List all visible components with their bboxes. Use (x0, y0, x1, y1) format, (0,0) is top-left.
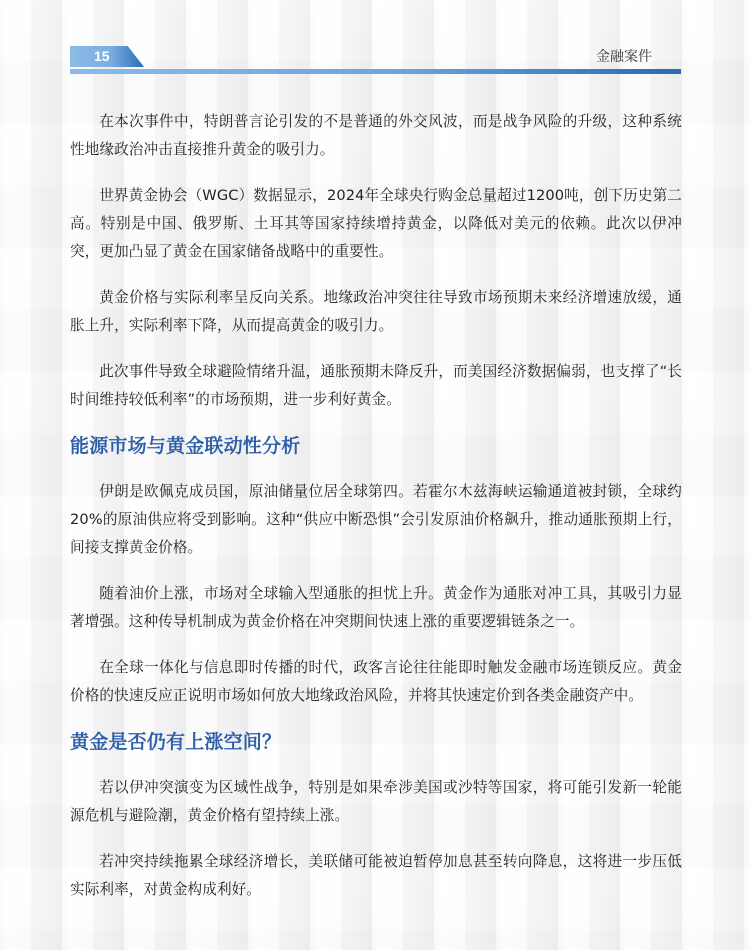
paragraph: 黄金价格与实际利率呈反向关系。地缘政治冲突往往导致市场预期未来经济增速放缓，通胀… (70, 284, 682, 340)
section-heading-outlook: 黄金是否仍有上涨空间？ (70, 728, 682, 756)
page-number: 15 (94, 48, 110, 64)
section-heading-energy: 能源市场与黄金联动性分析 (70, 432, 682, 460)
paragraph: 世界黄金协会（WGC）数据显示，2024年全球央行购金总量超过1200吨，创下历… (70, 182, 682, 266)
paragraph: 若以伊冲突演变为区域性战争，特别是如果牵涉美国或沙特等国家，将可能引发新一轮能源… (70, 774, 682, 830)
paragraph: 随着油价上涨，市场对全球输入型通胀的担忧上升。黄金作为通胀对冲工具，其吸引力显著… (70, 580, 682, 636)
header-divider (70, 69, 681, 74)
section-name: 金融案件 (596, 46, 652, 66)
page-header: 15 金融案件 (70, 46, 681, 74)
paragraph: 伊朗是欧佩克成员国，原油储量位居全球第四。若霍尔木兹海峡运输通道被封锁，全球约2… (70, 478, 682, 562)
paragraph: 若冲突持续拖累全球经济增长，美联储可能被迫暂停加息甚至转向降息，这将进一步压低实… (70, 848, 682, 904)
paragraph: 此次事件导致全球避险情绪升温，通胀预期未降反升，而美国经济数据偏弱，也支撑了“长… (70, 358, 682, 414)
paragraph: 在全球一体化与信息即时传播的时代，政客言论往往能即时触发金融市场连锁反应。黄金价… (70, 654, 682, 710)
article-body: 在本次事件中，特朗普言论引发的不是普通的外交风波，而是战争风险的升级，这种系统性… (70, 108, 682, 922)
document-page: 15 金融案件 在本次事件中，特朗普言论引发的不是普通的外交风波，而是战争风险的… (0, 0, 750, 950)
paragraph: 在本次事件中，特朗普言论引发的不是普通的外交风波，而是战争风险的升级，这种系统性… (70, 108, 682, 164)
